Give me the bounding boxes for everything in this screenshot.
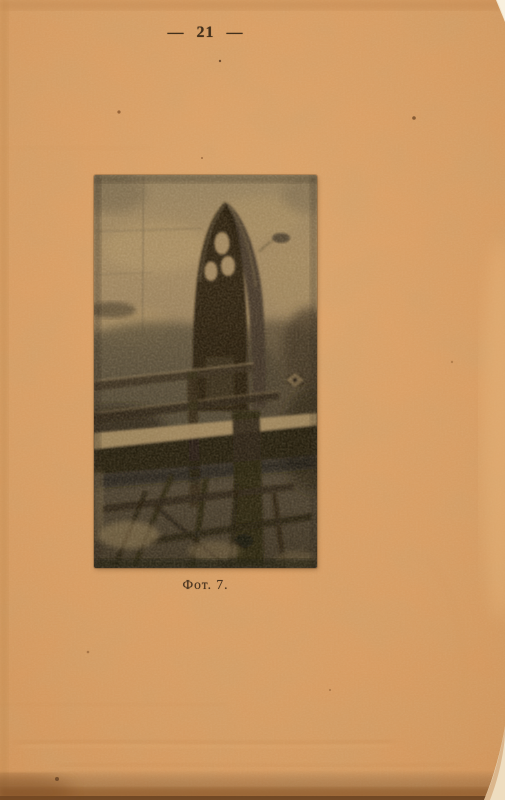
book-page-scan: — 21 — xyxy=(0,0,505,800)
wingtip-rib-photo xyxy=(94,175,317,568)
photo-figure: Фот. 7. xyxy=(94,175,317,593)
page-number: — 21 — xyxy=(94,24,317,42)
photo-caption: Фот. 7. xyxy=(94,577,317,593)
